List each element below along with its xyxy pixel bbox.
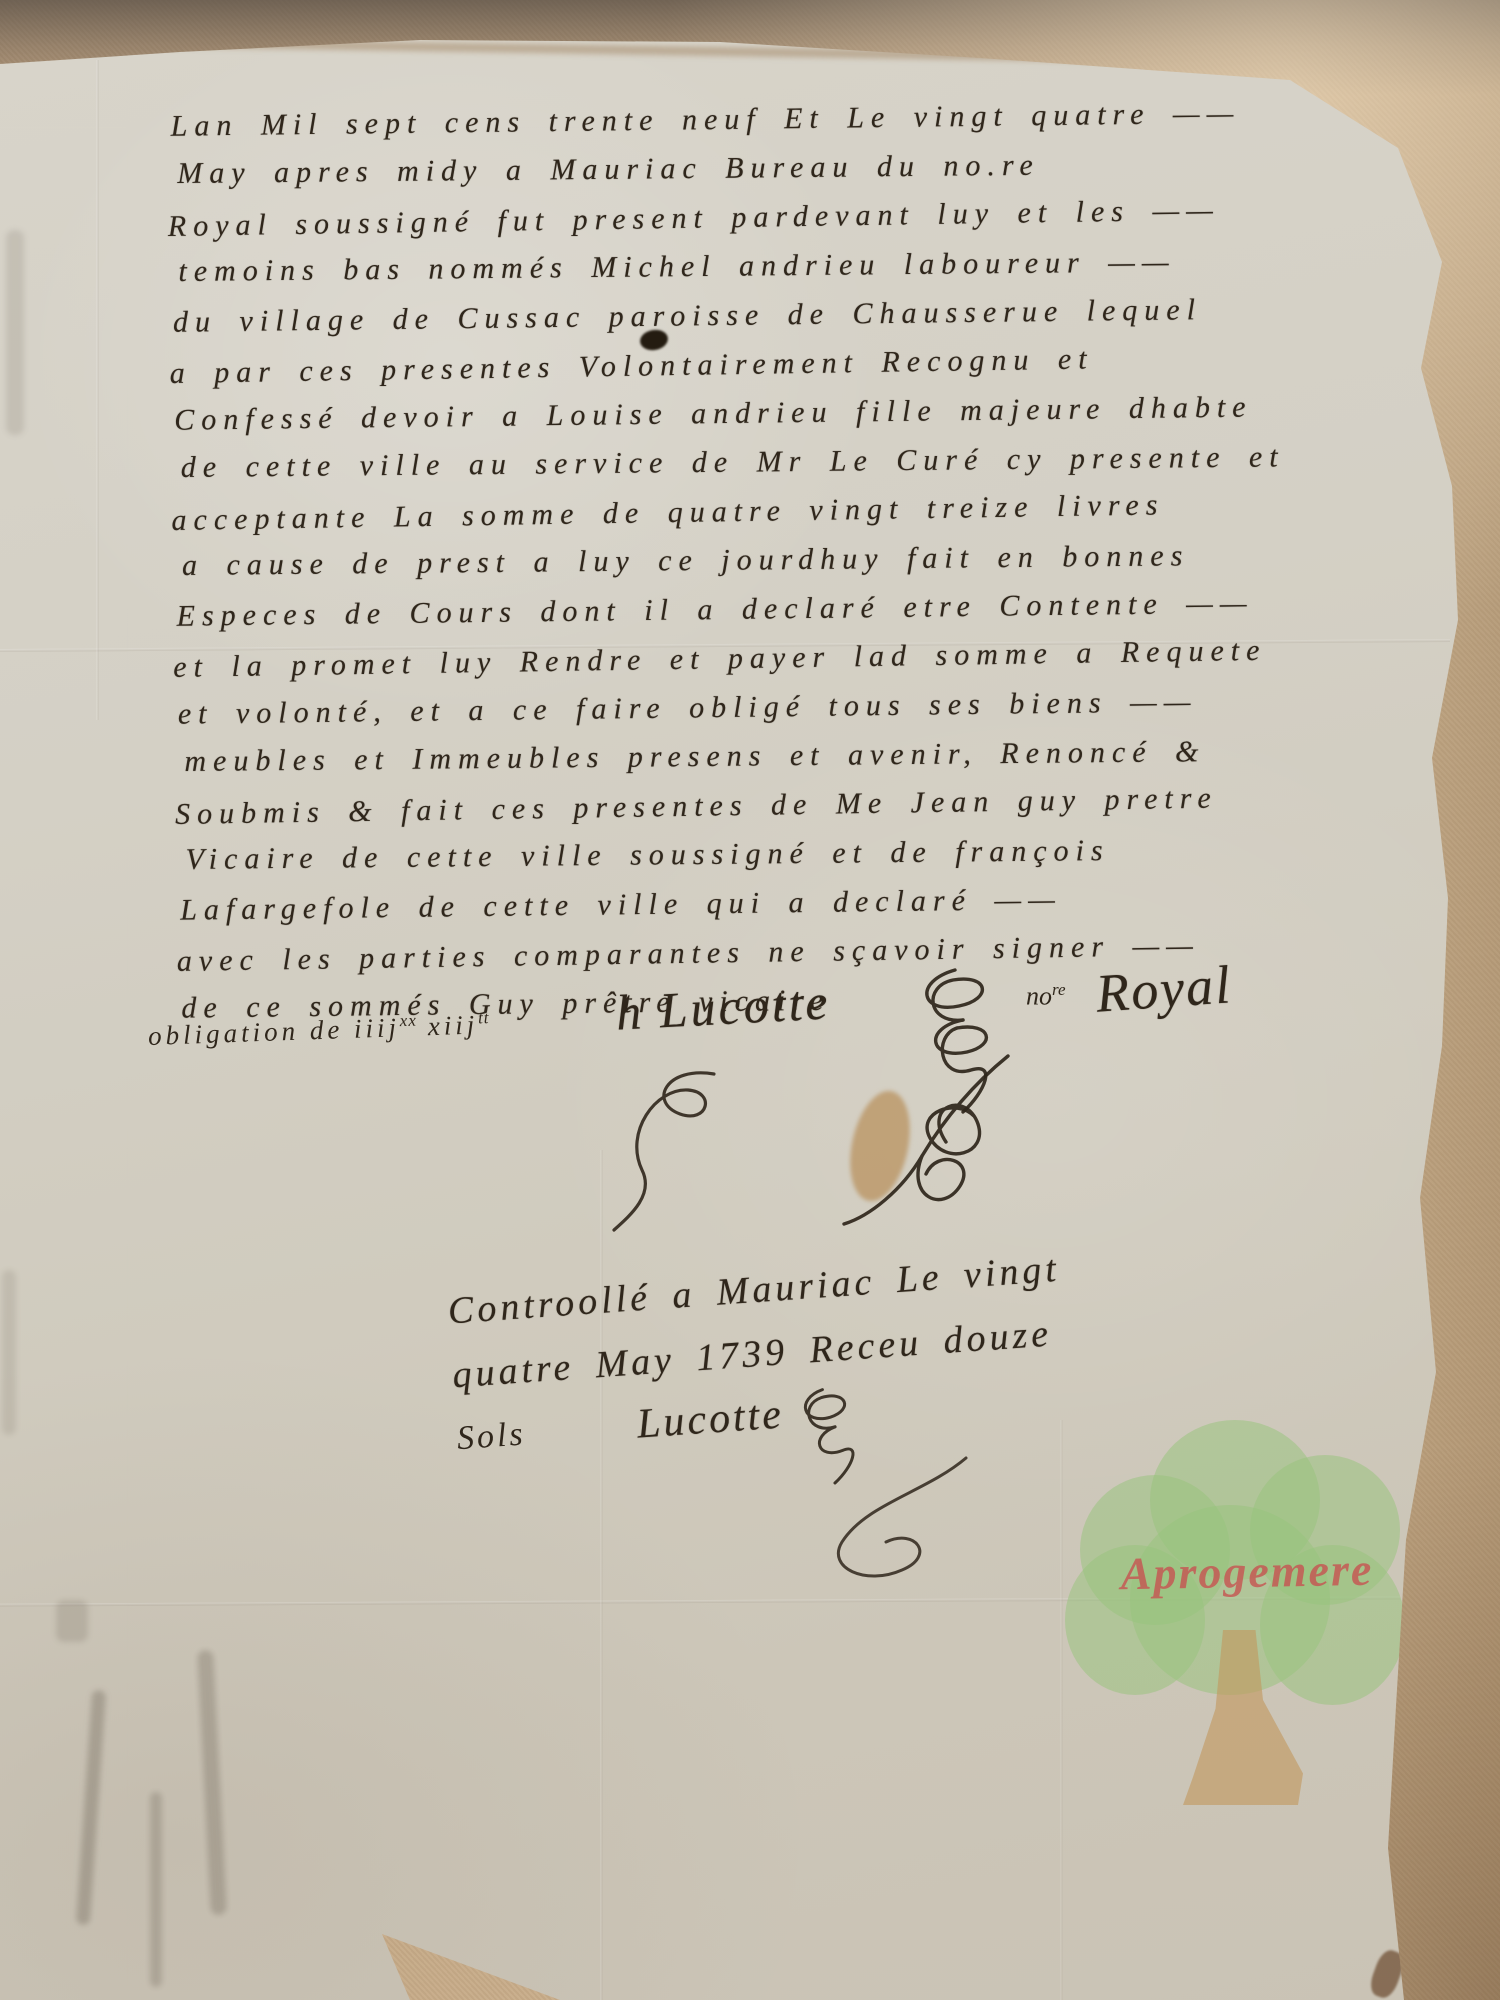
manuscript-paper: Lan Mil sept cens trente neuf Et Le ving… [0, 0, 1500, 2000]
signature-flourish-left-icon [596, 1062, 746, 1237]
margin-note-sup: tt [478, 1008, 490, 1027]
bleed-through-mark [56, 1600, 88, 1642]
notary-abbrev-sup: re [1052, 980, 1066, 999]
notary-title: Royal [1094, 953, 1234, 1024]
bleed-through-mark [76, 1690, 106, 1925]
control-signature: Lucotte [635, 1384, 786, 1454]
bleed-through-mark [197, 1650, 227, 1915]
control-tail-flourish-icon [806, 1452, 1006, 1602]
vertical-fold-crease [96, 60, 99, 720]
bleed-through-mark [150, 1792, 162, 1987]
aprogemere-watermark: Aprogemere [1060, 1415, 1420, 1815]
margin-note-text: xiij [417, 1009, 479, 1041]
control-note: Controollé a Mauriac Le vingt quatre May… [446, 1237, 1071, 1477]
notary-title-abbrev: nore [1026, 980, 1066, 1012]
notary-abbrev-text: no [1026, 982, 1052, 1011]
margin-note-text: obligation de iiij [148, 1012, 401, 1051]
control-line-3: Sols [455, 1403, 528, 1472]
manuscript-text: Lan Mil sept cens trente neuf Et Le ving… [170, 86, 1441, 1032]
margin-note-sup: xx [399, 1011, 417, 1031]
watermark-text: Aprogemere [1082, 1542, 1413, 1601]
bleed-through-mark [6, 230, 24, 435]
photo-of-manuscript: { "photo": { "scene": "photograph of an … [0, 0, 1500, 2000]
notary-signature: h Lucotte [615, 972, 832, 1041]
bleed-through-mark [2, 1270, 16, 1435]
